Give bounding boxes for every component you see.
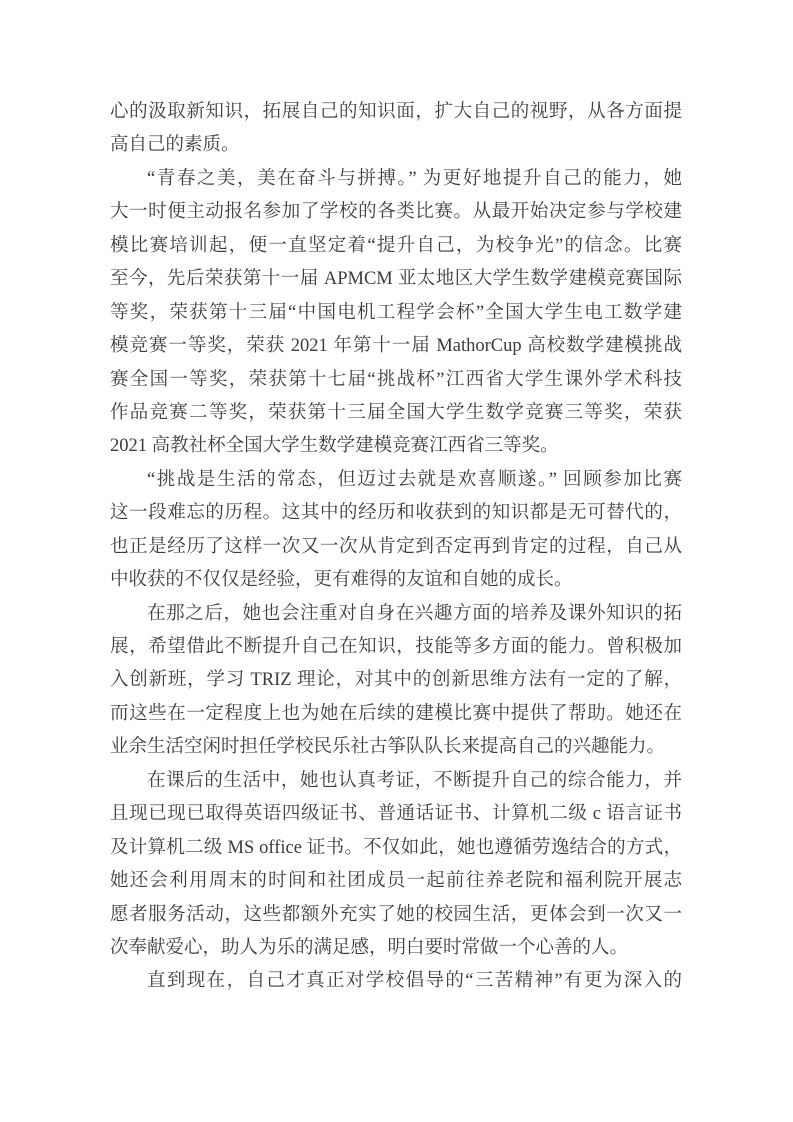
text-line: 业余生活空闲时担任学校民乐社古筝队队长来提高自己的兴趣能力。 (110, 731, 682, 764)
text-line: 及计算机二级 MS office 证书。不仅如此，她也遵循劳逸结合的方式， (110, 832, 682, 865)
text-line: 高自己的素质。 (110, 129, 682, 162)
text-line: 入创新班，学习 TRIZ 理论，对其中的创新思维方法有一定的了解， (110, 664, 682, 697)
text-line: 在课后的生活中，她也认真考证，不断提升自己的综合能力，并 (110, 765, 682, 798)
document-text-block: 心的汲取新知识，拓展自己的知识面，扩大自己的视野，从各方面提高自己的素质。“青春… (110, 96, 682, 999)
text-line: 而这些在一定程度上也为她在后续的建模比赛中提供了帮助。她还在 (110, 698, 682, 731)
text-line: 在那之后，她也会注重对自身在兴趣方面的培养及课外知识的拓 (110, 598, 682, 631)
text-line: 心的汲取新知识，拓展自己的知识面，扩大自己的视野，从各方面提 (110, 96, 682, 129)
text-line: 愿者服务活动，这些都额外充实了她的校园生活，更体会到一次又一 (110, 899, 682, 932)
text-line: 她还会利用周末的时间和社团成员一起前往养老院和福利院开展志 (110, 865, 682, 898)
text-line: 也正是经历了这样一次又一次从肯定到否定再到肯定的过程，自己从 (110, 531, 682, 564)
text-line: 次奉献爱心，助人为乐的满足感，明白要时常做一个心善的人。 (110, 932, 682, 965)
text-line: 模比赛培训起，便一直坚定着“提升自己，为校争光”的信念。比赛 (110, 230, 682, 263)
text-line: 赛全国一等奖，荣获第十七届“挑战杯”江西省大学生课外学术科技 (110, 364, 682, 397)
text-line: 中收获的不仅仅是经验，更有难得的友谊和自她的成长。 (110, 564, 682, 597)
text-line: 展，希望借此不断提升自己在知识，技能等多方面的能力。曾积极加 (110, 631, 682, 664)
text-line: 直到现在，自己才真正对学校倡导的“三苦精神”有更为深入的 (110, 965, 682, 998)
text-line: 至今，先后荣获第十一届 APMCM 亚太地区大学生数学建模竞赛国际二 (110, 263, 682, 296)
text-line: 模竞赛一等奖，荣获 2021 年第十一届 MathorCup 高校数学建模挑战 (110, 330, 682, 363)
text-line: 这一段难忘的历程。这其中的经历和收获到的知识都是无可替代的， (110, 497, 682, 530)
text-line: 大一时便主动报名参加了学校的各类比赛。从最开始决定参与学校建 (110, 196, 682, 229)
document-page: 心的汲取新知识，拓展自己的知识面，扩大自己的视野，从各方面提高自己的素质。“青春… (0, 0, 793, 1122)
text-line: 作品竞赛二等奖，荣获第十三届全国大学生数学竞赛三等奖，荣获 (110, 397, 682, 430)
text-line: 且现已现已取得英语四级证书、普通话证书、计算机二级 c 语言证书 (110, 798, 682, 831)
text-line: 等奖，荣获第十三届“中国电机工程学会杯”全国大学生电工数学建 (110, 297, 682, 330)
text-line: “挑战是生活的常态，但迈过去就是欢喜顺遂。” 回顾参加比赛 (110, 464, 682, 497)
text-line: 2021 高教社杯全国大学生数学建模竞赛江西省三等奖。 (110, 430, 682, 463)
text-line: “青春之美，美在奋斗与拼搏。” 为更好地提升自己的能力，她 (110, 163, 682, 196)
